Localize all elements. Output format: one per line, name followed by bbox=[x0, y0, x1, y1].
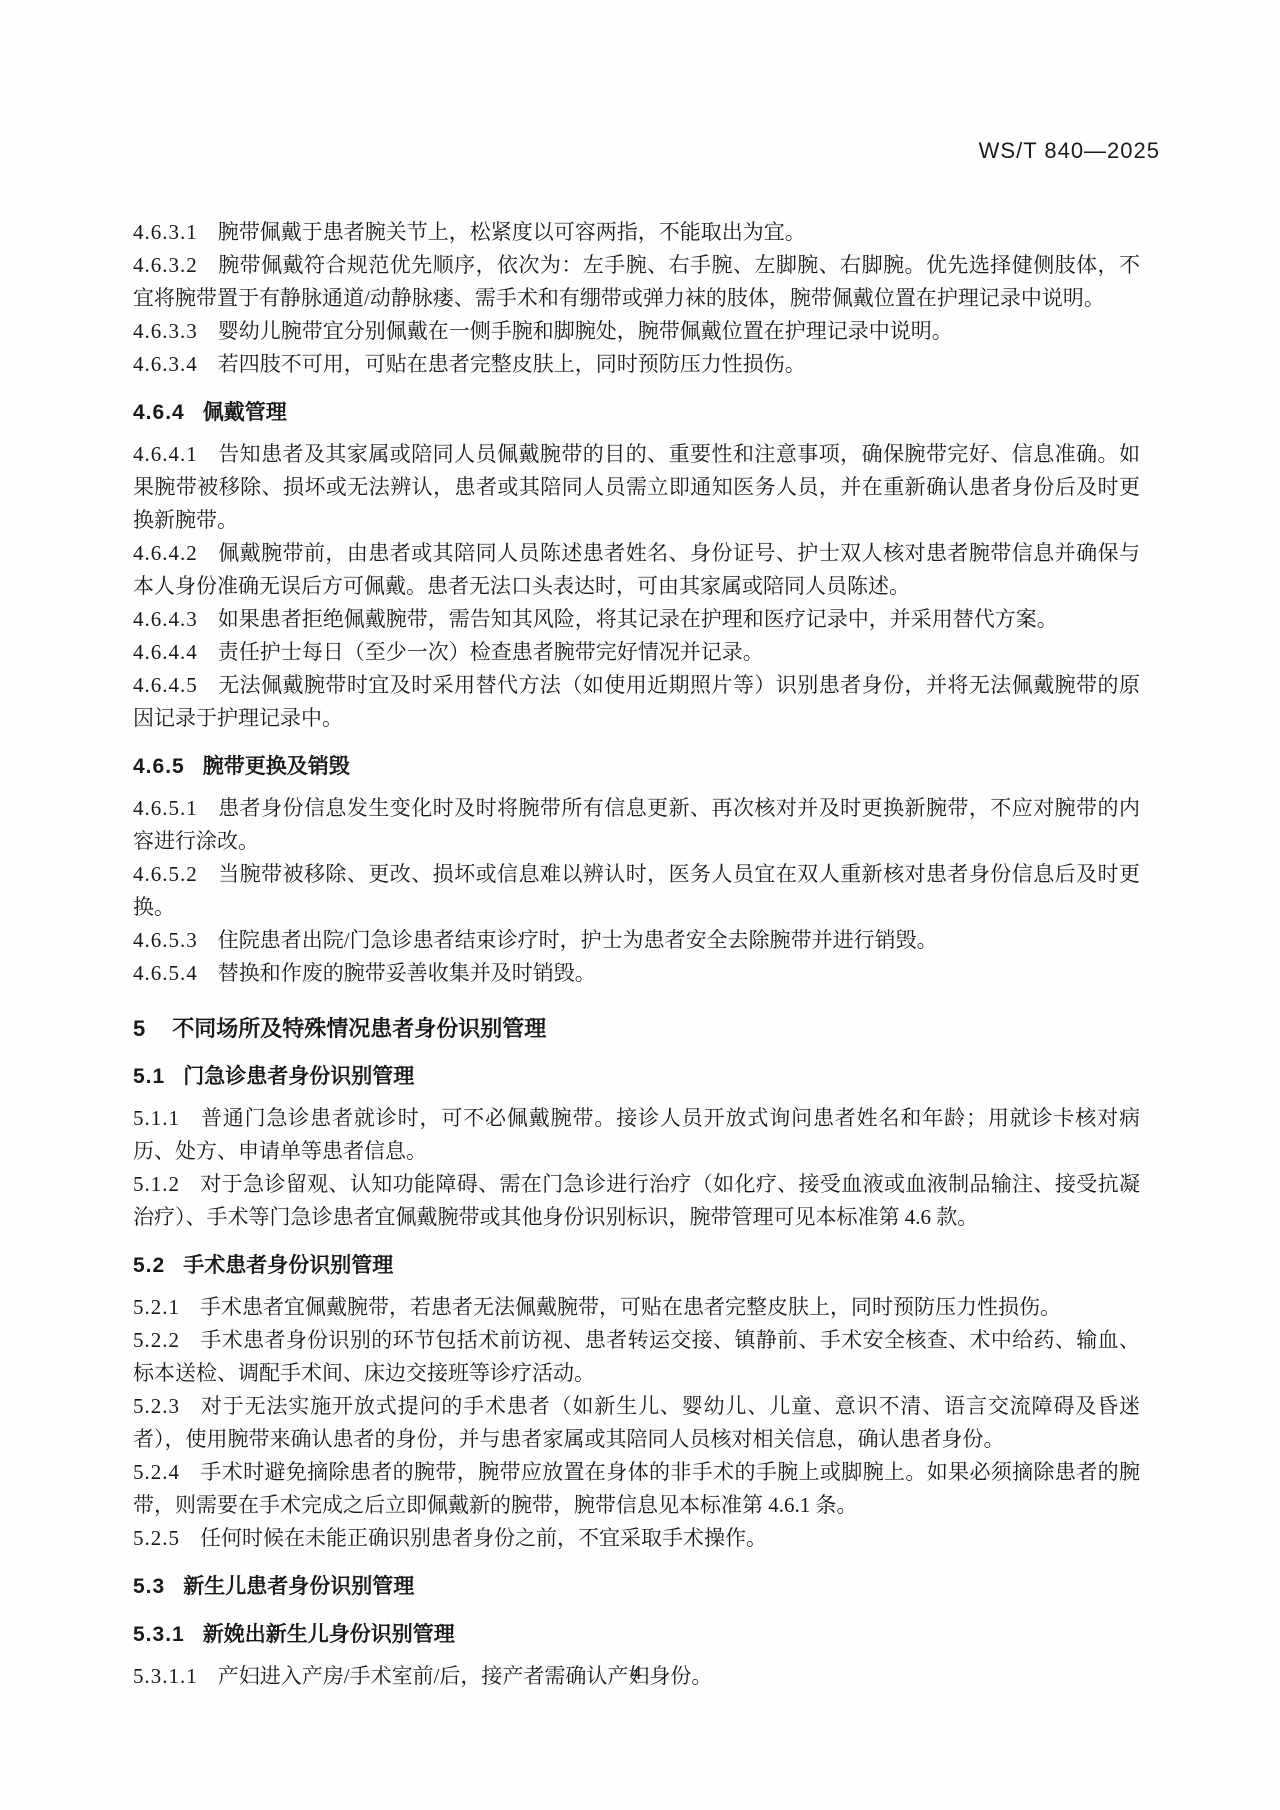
clause-4.6.3.2: 4.6.3.2腕带佩戴符合规范优先顺序，依次为：左手腕、右手腕、左脚腕、右脚腕。… bbox=[133, 249, 1140, 315]
clause-text: 腕带佩戴符合规范优先顺序，依次为：左手腕、右手腕、左脚腕、右脚腕。优先选择健侧肢… bbox=[133, 253, 1140, 310]
clause-5.2.2: 5.2.2手术患者身份识别的环节包括术前访视、患者转运交接、镇静前、手术安全核查… bbox=[133, 1324, 1140, 1390]
clause-4.6.5.2: 4.6.5.2当腕带被移除、更改、损坏或信息难以辨认时，医务人员宜在双人重新核对… bbox=[133, 858, 1140, 924]
clause-text: 患者身份信息发生变化时及时将腕带所有信息更新、再次核对并及时更换新腕带，不应对腕… bbox=[133, 796, 1140, 853]
clause-text: 腕带佩戴于患者腕关节上，松紧度以可容两指，不能取出为宜。 bbox=[218, 220, 806, 244]
clause-text: 告知患者及其家属或陪同人员佩戴腕带的目的、重要性和注意事项，确保腕带完好、信息准… bbox=[133, 442, 1140, 532]
clause-4.6.4.4: 4.6.4.4责任护士每日（至少一次）检查患者腕带完好情况并记录。 bbox=[133, 636, 1140, 669]
clause-number: 5.1.2 bbox=[133, 1172, 180, 1196]
clause-text: 手术患者身份识别管理 bbox=[183, 1254, 393, 1277]
clause-text: 若四肢不可用，可贴在患者完整皮肤上，同时预防压力性损伤。 bbox=[218, 352, 806, 376]
clause-number: 5.2.2 bbox=[133, 1328, 180, 1352]
clause-number: 5.2.4 bbox=[133, 1460, 180, 1484]
clause-number: 4.6.5.4 bbox=[133, 961, 198, 985]
clause-text: 门急诊患者身份识别管理 bbox=[183, 1065, 414, 1088]
heading-5.3: 5.3新生儿患者身份识别管理 bbox=[133, 1570, 1140, 1603]
heading-5.3.1: 5.3.1新娩出新生儿身份识别管理 bbox=[133, 1618, 1140, 1651]
clause-number: 4.6.4.1 bbox=[133, 442, 198, 466]
clause-4.6.4.5: 4.6.4.5无法佩戴腕带时宜及时采用替代方法（如使用近期照片等）识别患者身份，… bbox=[133, 669, 1140, 735]
clause-text: 新娩出新生儿身份识别管理 bbox=[203, 1623, 455, 1646]
clause-number: 5.2 bbox=[133, 1254, 165, 1277]
clause-text: 新生儿患者身份识别管理 bbox=[183, 1575, 414, 1598]
clause-4.6.5.4: 4.6.5.4替换和作废的腕带妥善收集并及时销毁。 bbox=[133, 957, 1140, 990]
clause-number: 4.6.3.1 bbox=[133, 220, 198, 244]
clause-number: 4.6.5.2 bbox=[133, 862, 198, 886]
heading-5.1: 5.1门急诊患者身份识别管理 bbox=[133, 1060, 1140, 1093]
clause-text: 手术时避免摘除患者的腕带，腕带应放置在身体的非手术的手腕上或脚腕上。如果必须摘除… bbox=[133, 1460, 1140, 1517]
page-number: 4 bbox=[133, 1662, 1140, 1685]
document-page: WS/T 840—2025 4.6.3.1腕带佩戴于患者腕关节上，松紧度以可容两… bbox=[0, 0, 1280, 1810]
clause-text: 如果患者拒绝佩戴腕带，需告知其风险，将其记录在护理和医疗记录中，并采用替代方案。 bbox=[218, 607, 1058, 631]
clause-number: 4.6.4.4 bbox=[133, 640, 198, 664]
clause-text: 替换和作废的腕带妥善收集并及时销毁。 bbox=[218, 961, 596, 985]
clause-number: 4.6.5.1 bbox=[133, 796, 198, 820]
standard-number-header: WS/T 840—2025 bbox=[0, 0, 1280, 164]
clause-5.1.2: 5.1.2对于急诊留观、认知功能障碍、需在门急诊进行治疗（如化疗、接受血液或血液… bbox=[133, 1168, 1140, 1234]
clause-4.6.3.4: 4.6.3.4若四肢不可用，可贴在患者完整皮肤上，同时预防压力性损伤。 bbox=[133, 348, 1140, 381]
clause-text: 普通门急诊患者就诊时，可不必佩戴腕带。接诊人员开放式询问患者姓名和年龄；用就诊卡… bbox=[133, 1106, 1140, 1163]
clause-text: 对于急诊留观、认知功能障碍、需在门急诊进行治疗（如化疗、接受血液或血液制品输注、… bbox=[133, 1172, 1140, 1229]
clause-4.6.4.1: 4.6.4.1告知患者及其家属或陪同人员佩戴腕带的目的、重要性和注意事项，确保腕… bbox=[133, 438, 1140, 537]
clause-5.2.1: 5.2.1手术患者宜佩戴腕带，若患者无法佩戴腕带，可贴在患者完整皮肤上，同时预防… bbox=[133, 1291, 1140, 1324]
clause-4.6.4.2: 4.6.4.2佩戴腕带前，由患者或其陪同人员陈述患者姓名、身份证号、护士双人核对… bbox=[133, 537, 1140, 603]
clause-4.6.3.1: 4.6.3.1腕带佩戴于患者腕关节上，松紧度以可容两指，不能取出为宜。 bbox=[133, 216, 1140, 249]
clause-number: 5.1 bbox=[133, 1065, 165, 1088]
clause-text: 不同场所及特殊情况患者身份识别管理 bbox=[172, 1016, 546, 1041]
clause-text: 对于无法实施开放式提问的手术患者（如新生儿、婴幼儿、儿童、意识不清、语言交流障碍… bbox=[133, 1394, 1140, 1451]
clause-text: 无法佩戴腕带时宜及时采用替代方法（如使用近期照片等）识别患者身份，并将无法佩戴腕… bbox=[133, 673, 1140, 730]
clause-number: 5.1.1 bbox=[133, 1106, 180, 1130]
clause-number: 4.6.4.5 bbox=[133, 673, 198, 697]
clause-number: 5.3 bbox=[133, 1575, 165, 1598]
clause-number: 5 bbox=[133, 1016, 146, 1041]
clause-text: 责任护士每日（至少一次）检查患者腕带完好情况并记录。 bbox=[218, 640, 764, 664]
clause-text: 手术患者宜佩戴腕带，若患者无法佩戴腕带，可贴在患者完整皮肤上，同时预防压力性损伤… bbox=[200, 1295, 1061, 1319]
clause-4.6.5.1: 4.6.5.1患者身份信息发生变化时及时将腕带所有信息更新、再次核对并及时更换新… bbox=[133, 792, 1140, 858]
clause-number: 5.2.1 bbox=[133, 1295, 180, 1319]
clause-text: 住院患者出院/门急诊患者结束诊疗时，护士为患者安全去除腕带并进行销毁。 bbox=[218, 928, 938, 952]
clause-number: 4.6.3.4 bbox=[133, 352, 198, 376]
clause-5.2.4: 5.2.4手术时避免摘除患者的腕带，腕带应放置在身体的非手术的手腕上或脚腕上。如… bbox=[133, 1456, 1140, 1522]
clause-number: 4.6.3.2 bbox=[133, 253, 198, 277]
clause-number: 4.6.3.3 bbox=[133, 319, 198, 343]
clause-4.6.4.3: 4.6.4.3如果患者拒绝佩戴腕带，需告知其风险，将其记录在护理和医疗记录中，并… bbox=[133, 603, 1140, 636]
clause-4.6.5.3: 4.6.5.3住院患者出院/门急诊患者结束诊疗时，护士为患者安全去除腕带并进行销… bbox=[133, 924, 1140, 957]
heading-5.2: 5.2手术患者身份识别管理 bbox=[133, 1249, 1140, 1282]
clause-number: 4.6.5 bbox=[133, 755, 185, 778]
clause-text: 手术患者身份识别的环节包括术前访视、患者转运交接、镇静前、手术安全核查、术中给药… bbox=[133, 1328, 1140, 1385]
clause-number: 4.6.4 bbox=[133, 401, 185, 424]
clause-number: 4.6.4.3 bbox=[133, 607, 198, 631]
clause-text: 佩戴腕带前，由患者或其陪同人员陈述患者姓名、身份证号、护士双人核对患者腕带信息并… bbox=[133, 541, 1140, 598]
heading-5: 5不同场所及特殊情况患者身份识别管理 bbox=[133, 1012, 1140, 1045]
clause-text: 佩戴管理 bbox=[203, 401, 287, 424]
clause-number: 4.6.4.2 bbox=[133, 541, 198, 565]
clause-number: 5.3.1 bbox=[133, 1623, 185, 1646]
clause-number: 4.6.5.3 bbox=[133, 928, 198, 952]
clause-5.2.3: 5.2.3对于无法实施开放式提问的手术患者（如新生儿、婴幼儿、儿童、意识不清、语… bbox=[133, 1390, 1140, 1456]
clause-number: 5.2.5 bbox=[133, 1526, 180, 1550]
clause-text: 婴幼儿腕带宜分别佩戴在一侧手腕和脚腕处，腕带佩戴位置在护理记录中说明。 bbox=[218, 319, 953, 343]
clause-number: 5.2.3 bbox=[133, 1394, 180, 1418]
document-body: 4.6.3.1腕带佩戴于患者腕关节上，松紧度以可容两指，不能取出为宜。4.6.3… bbox=[0, 164, 1280, 1693]
clause-5.2.5: 5.2.5任何时候在未能正确识别患者身份之前，不宜采取手术操作。 bbox=[133, 1522, 1140, 1555]
clause-text: 当腕带被移除、更改、损坏或信息难以辨认时，医务人员宜在双人重新核对患者身份信息后… bbox=[133, 862, 1140, 919]
heading-4.6.4: 4.6.4佩戴管理 bbox=[133, 396, 1140, 429]
clause-text: 腕带更换及销毁 bbox=[203, 755, 350, 778]
heading-4.6.5: 4.6.5腕带更换及销毁 bbox=[133, 750, 1140, 783]
clause-5.1.1: 5.1.1普通门急诊患者就诊时，可不必佩戴腕带。接诊人员开放式询问患者姓名和年龄… bbox=[133, 1102, 1140, 1168]
clause-text: 任何时候在未能正确识别患者身份之前，不宜采取手术操作。 bbox=[200, 1526, 767, 1550]
clause-4.6.3.3: 4.6.3.3婴幼儿腕带宜分别佩戴在一侧手腕和脚腕处，腕带佩戴位置在护理记录中说… bbox=[133, 315, 1140, 348]
